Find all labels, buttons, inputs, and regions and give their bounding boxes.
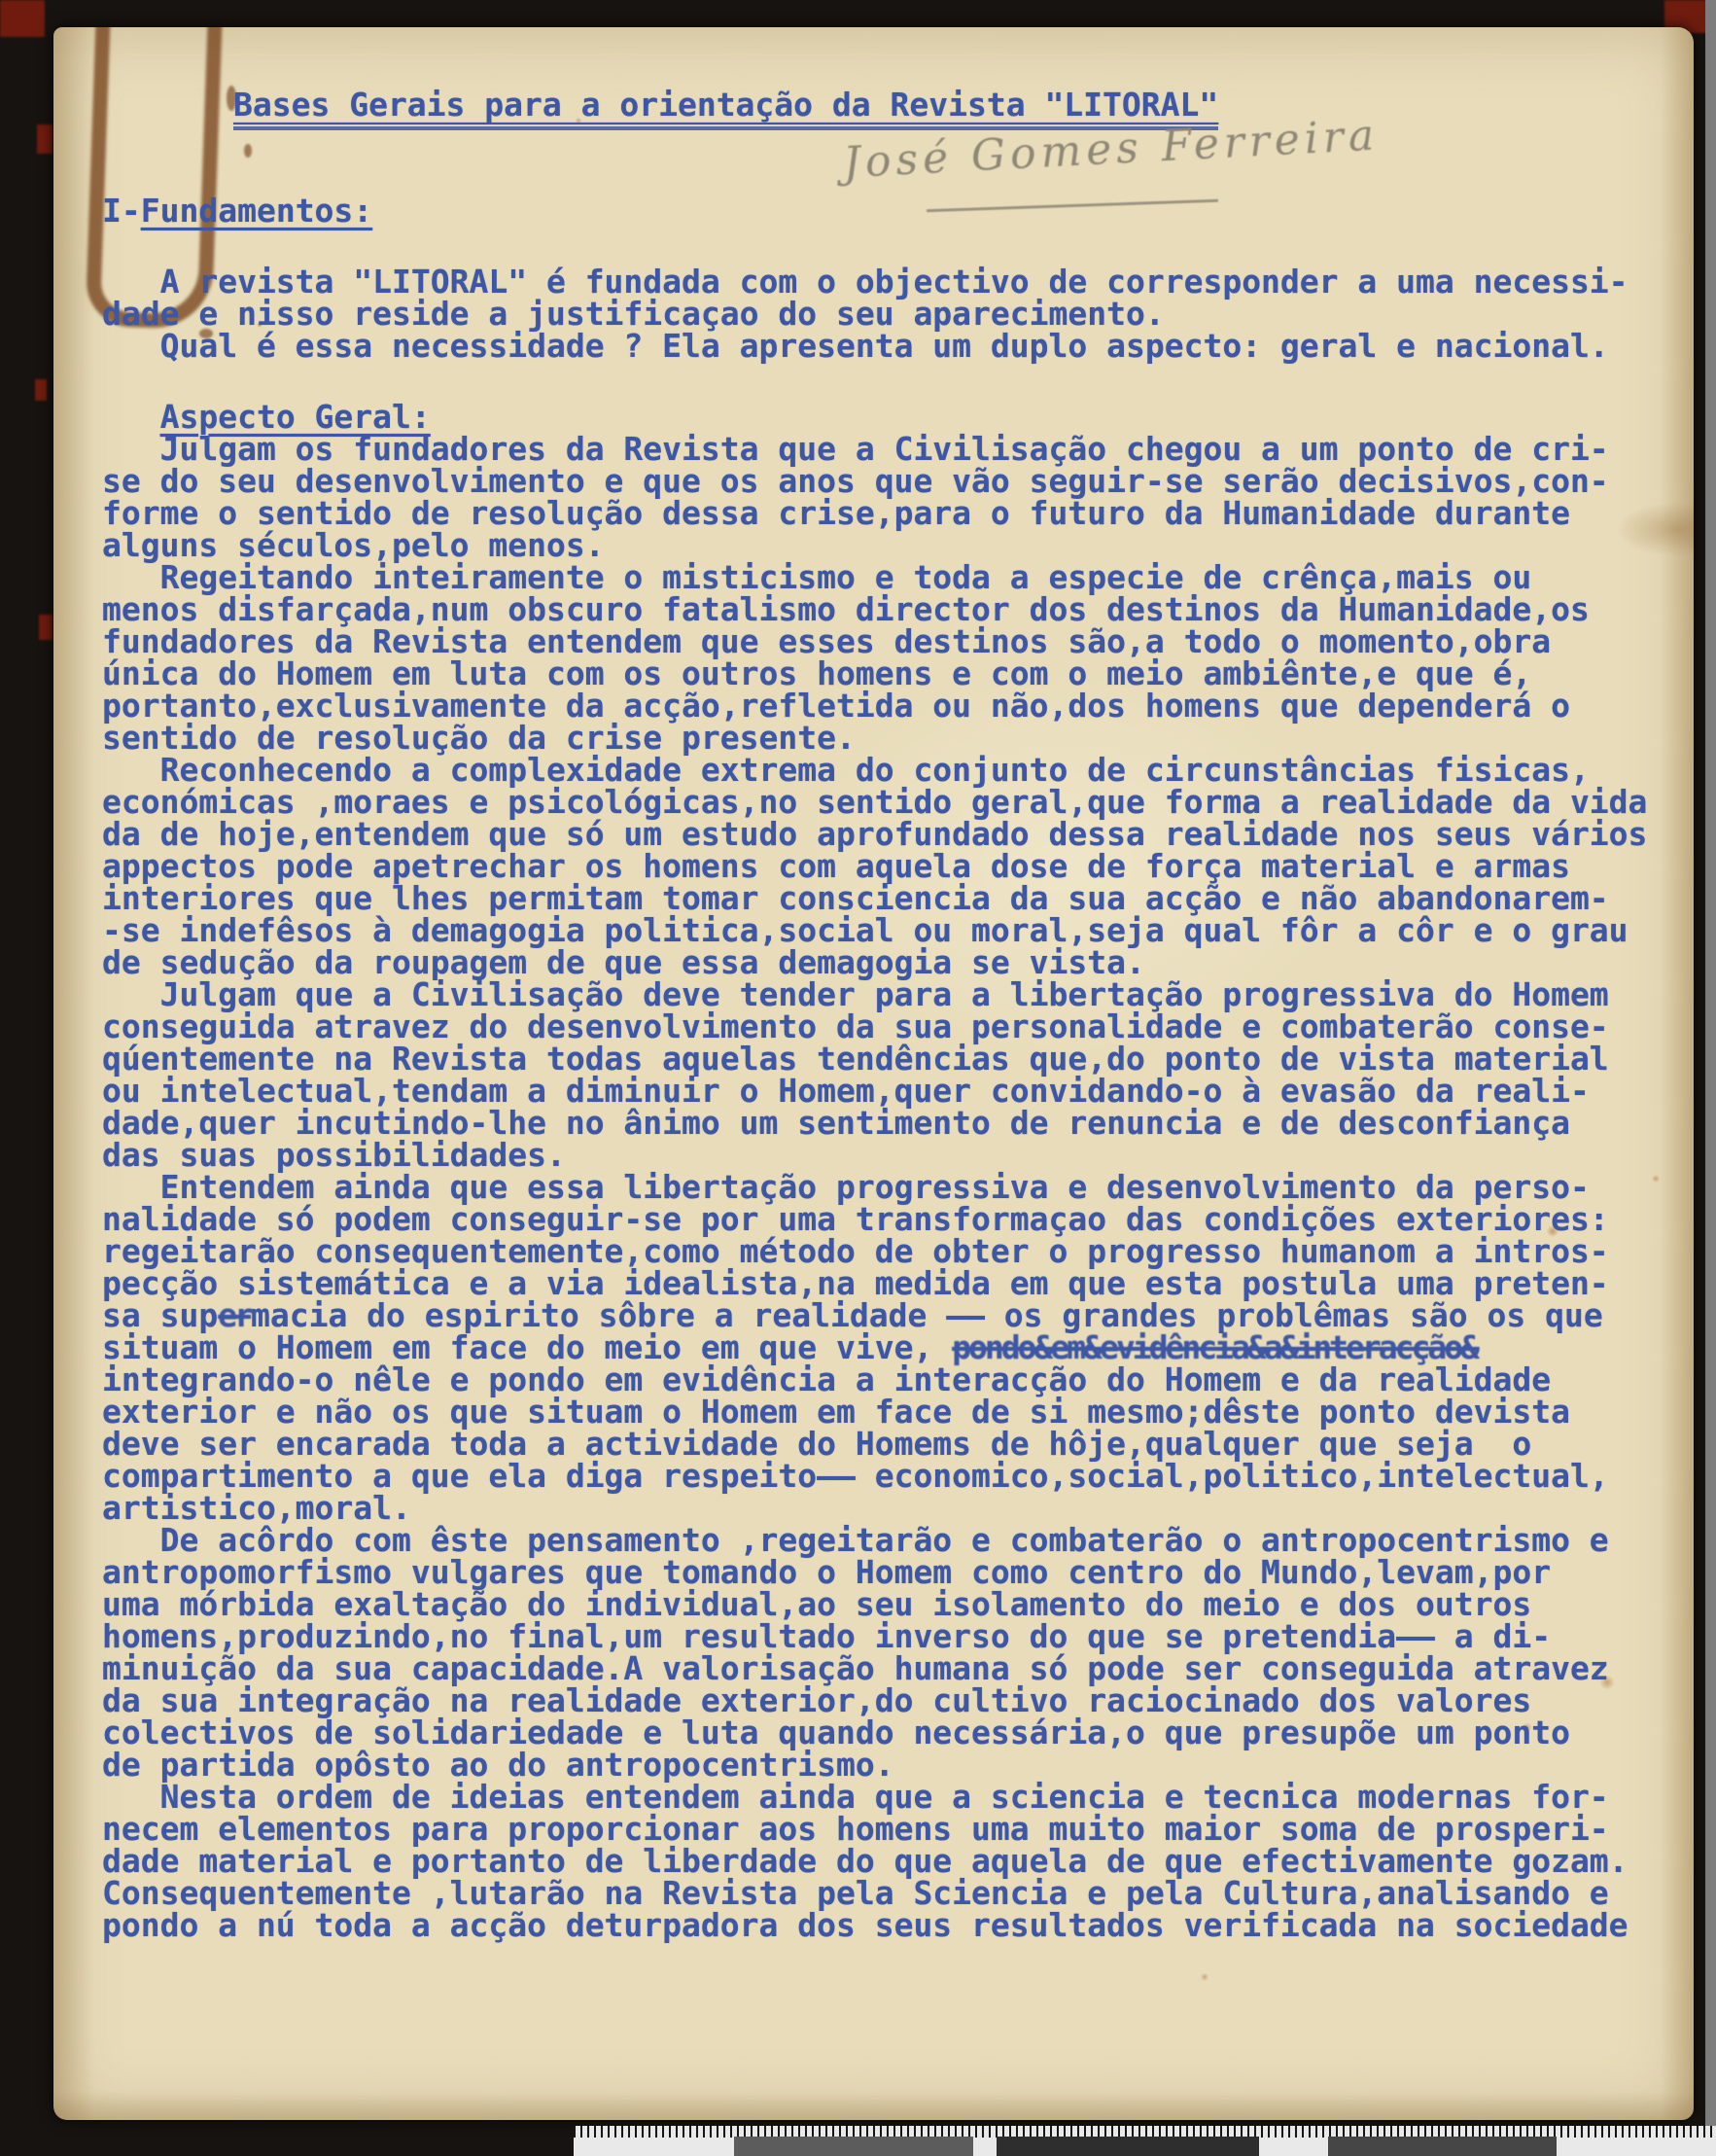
frame-red-tick (35, 379, 47, 401)
paragraph: De acôrdo com êste pensamento ,regeitarã… (102, 1524, 1694, 1781)
paragraph: Reconhecendo a complexidade extrema do c… (102, 754, 1694, 978)
text-line: da sua integração na realidade exterior,… (102, 1684, 1694, 1716)
text-line: Reconhecendo a complexidade extrema do c… (102, 754, 1694, 786)
text-line: dade material e portanto de liberdade do… (102, 1845, 1694, 1877)
document-title: Bases Gerais para a orientação da Revist… (233, 88, 1218, 130)
text-line: económicas ,moraes e psicológicas,no sen… (102, 786, 1694, 818)
text-line: dade e nisso reside a justificaçao do se… (102, 298, 1694, 330)
text-line: Regeitando inteiramente o misticismo e t… (102, 561, 1694, 593)
section-heading: Aspecto Geral: (102, 401, 1694, 433)
frame-red-tick (39, 615, 53, 640)
text-line: situam o Homem em face do meio em que vi… (102, 1331, 1694, 1363)
text-line: portanto,exclusivamente da acção,refleti… (102, 689, 1694, 722)
text-line: sentido de resolução da crise presente. (102, 722, 1694, 754)
text-line: forme o sentido de resolução dessa crise… (102, 497, 1694, 529)
text-line: Nesta ordem de ideias entendem ainda que… (102, 1781, 1694, 1813)
text-line: homens,produzindo,no final,um resultado … (102, 1620, 1694, 1652)
struck-text: er (218, 1296, 251, 1334)
text-line: necem elementos para proporcionar aos ho… (102, 1813, 1694, 1845)
section-heading: I-Fundamentos: (102, 194, 1694, 227)
text-line: regeitarão consequentemente,como método … (102, 1235, 1694, 1267)
text-line: minuição da sua capacidade.A valorisação… (102, 1652, 1694, 1684)
text-line: única do Homem em luta com os outros hom… (102, 657, 1694, 689)
frame-red-tick (37, 124, 53, 154)
text-line: integrando-o nêle e pondo em evidência a… (102, 1363, 1694, 1396)
text-line: de partida opôsto ao do antropocentrismo… (102, 1749, 1694, 1781)
text-line: de sedução da roupagem de que essa demag… (102, 946, 1694, 978)
text-line: alguns séculos,pelo menos. (102, 529, 1694, 561)
scanned-document-screenshot: { "page": { "background_color": "#171310… (0, 0, 1716, 2156)
text-line: appectos pode apetrechar os homens com a… (102, 850, 1694, 882)
text-line: dade,quer incutindo-lhe no ânimo um sent… (102, 1107, 1694, 1139)
text-line: se do seu desenvolvimento e que os anos … (102, 465, 1694, 497)
text-line: De acôrdo com êste pensamento ,regeitarã… (102, 1524, 1694, 1556)
text-line: compartimento a que ela diga respeito—— … (102, 1460, 1694, 1492)
struck-text: pondo&em&evidência&a&interacção& (952, 1328, 1477, 1366)
text-line: sa supermacia do espirito sôbre a realid… (102, 1299, 1694, 1331)
text-line: A revista "LITORAL" é fundada com o obje… (102, 265, 1694, 298)
text-line: antropomorfismo vulgares que tomando o H… (102, 1556, 1694, 1588)
text-line: artistico,moral. (102, 1492, 1694, 1524)
blank-line (102, 227, 1694, 265)
ruler-dark-segment (997, 2137, 1259, 2156)
text-line: -se indefêsos à demagogia politica,socia… (102, 914, 1694, 946)
text-line: conseguida atravez do desenvolvimento da… (102, 1010, 1694, 1043)
text-line: interiores que lhes permitam tomar consc… (102, 882, 1694, 914)
text-line: pecção sistemática e a via idealista,na … (102, 1267, 1694, 1299)
text-line: da de hoje,entendem que só um estudo apr… (102, 818, 1694, 850)
text-line: Julgam os fundadores da Revista que a Ci… (102, 433, 1694, 465)
text-line: exterior e não os que situam o Homem em … (102, 1396, 1694, 1428)
text-line: uma mórbida exaltação do individual,ao s… (102, 1588, 1694, 1620)
text-line: Julgam que a Civilisação deve tender par… (102, 978, 1694, 1010)
paragraph: Entendem ainda que essa libertação progr… (102, 1171, 1694, 1524)
document-body: I-Fundamentos: A revista "LITORAL" é fun… (102, 194, 1694, 1941)
rust-stain (244, 144, 252, 158)
text-line: ou intelectual,tendam a diminuir o Homem… (102, 1075, 1694, 1107)
document-page: Bases Gerais para a orientação da Revist… (53, 27, 1694, 2120)
text-line: fundadores da Revista entendem que esses… (102, 625, 1694, 657)
text-line: nalidade só podem conseguir-se por uma t… (102, 1203, 1694, 1235)
text-line: das suas possibilidades. (102, 1139, 1694, 1171)
paragraph: Julgam os fundadores da Revista que a Ci… (102, 433, 1694, 561)
text-line: Qual é essa necessidade ? Ela apresenta … (102, 330, 1694, 362)
blank-line (102, 362, 1694, 401)
text-line: pondo a nú toda a acção deturpadora dos … (102, 1909, 1694, 1941)
frame-red-mark-top-left (0, 0, 45, 37)
text-line: Consequentemente ,lutarão na Revista pel… (102, 1877, 1694, 1909)
text-line: deve ser encarada toda a actividade do H… (102, 1428, 1694, 1460)
scan-ruler (574, 2126, 1716, 2156)
paragraph: A revista "LITORAL" é fundada com o obje… (102, 265, 1694, 362)
ruler-gray-segment (734, 2137, 974, 2156)
paragraph: Julgam que a Civilisação deve tender par… (102, 978, 1694, 1171)
ruler-gray-segment (1328, 2137, 1557, 2156)
scanner-edge (1705, 0, 1716, 2156)
text-line: Entendem ainda que essa libertação progr… (102, 1171, 1694, 1203)
text-line: colectivos de solidariedade e luta quand… (102, 1716, 1694, 1749)
text-line: qúentemente na Revista todas aquelas ten… (102, 1043, 1694, 1075)
paragraph: Regeitando inteiramente o misticismo e t… (102, 561, 1694, 754)
paragraph: Nesta ordem de ideias entendem ainda que… (102, 1781, 1694, 1941)
text-line: menos disfarçada,num obscuro fatalismo d… (102, 593, 1694, 625)
